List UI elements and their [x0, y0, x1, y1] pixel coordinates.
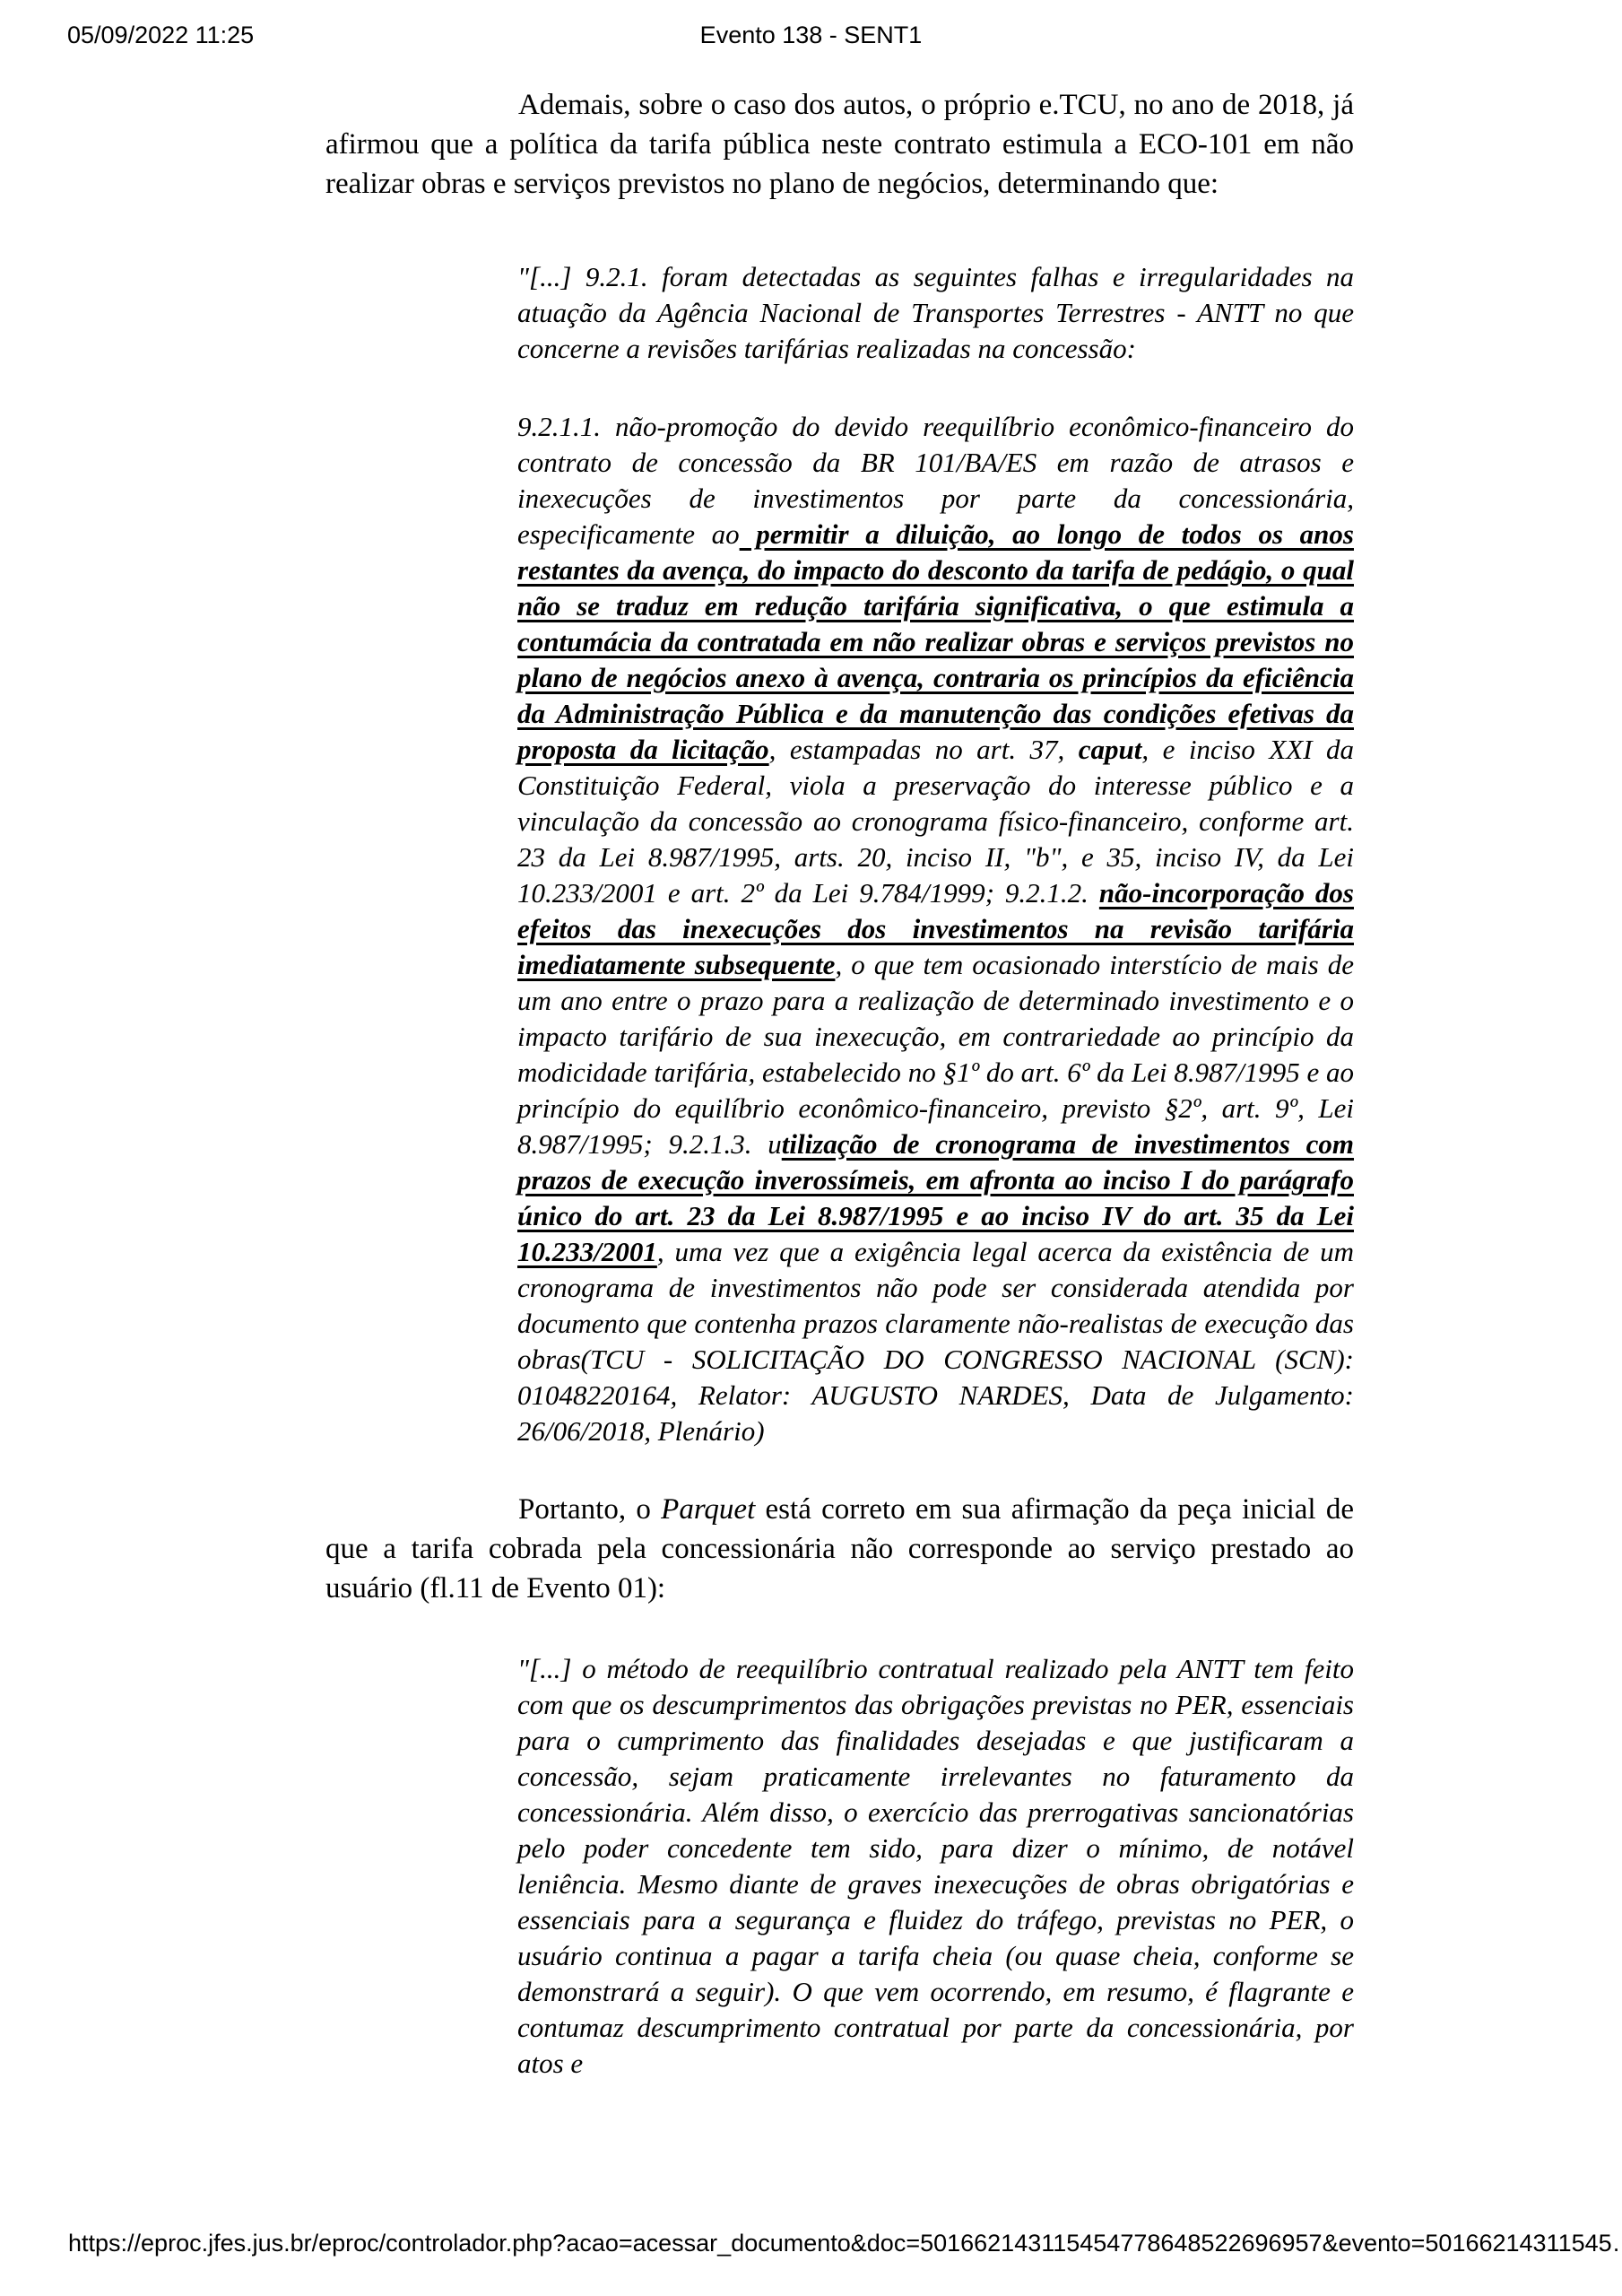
portanto-paragraph: Portanto, o Parquet está correto em sua … [325, 1490, 1354, 1608]
initial-petition-quote-paragraph: "[...] o método de reequilíbrio contratu… [517, 1651, 1354, 2082]
document-page: 05/09/2022 11:25 Evento 138 - SENT1 Adem… [0, 0, 1622, 2296]
tcu-ruling-quote: "[...] 9.2.1. foram detectadas as seguin… [517, 259, 1354, 1449]
page-header: 05/09/2022 11:25 Evento 138 - SENT1 [67, 22, 1555, 52]
tcu-quote-intro-paragraph: "[...] 9.2.1. foram detectadas as seguin… [517, 259, 1354, 367]
page-footer: https://eproc.jfes.jus.br/eproc/controla… [68, 2230, 1556, 2257]
print-timestamp: 05/09/2022 11:25 [67, 22, 254, 49]
document-event-title: Evento 138 - SENT1 [700, 22, 923, 49]
initial-petition-quote: "[...] o método de reequilíbrio contratu… [517, 1651, 1354, 2082]
tcu-quote-body-paragraph: 9.2.1.1. não-promoção do devido reequilí… [517, 409, 1354, 1449]
opening-paragraph: Ademais, sobre o caso dos autos, o própr… [325, 85, 1354, 204]
document-body: Ademais, sobre o caso dos autos, o própr… [325, 85, 1354, 2082]
footer-document-url: https://eproc.jfes.jus.br/eproc/controla… [68, 2230, 1622, 2257]
